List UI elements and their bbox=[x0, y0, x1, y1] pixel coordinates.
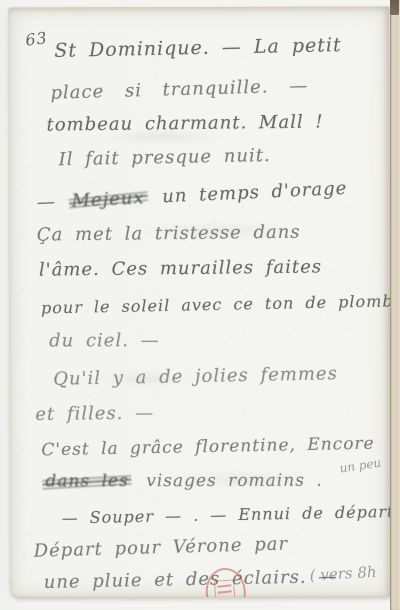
handwritten-line: tombeau charmant. Mall ! bbox=[46, 111, 323, 135]
scratched-out-word: Mejeux bbox=[71, 187, 145, 211]
handwritten-line: Qu'il y a de jolies femmes bbox=[53, 363, 338, 390]
handwritten-line: pour le soleil avec ce ton de plomb bbox=[41, 291, 391, 317]
manuscript-page: 63 St Dominique. — La petit place si tra… bbox=[8, 7, 391, 598]
handwritten-line: — Mejeux un temps d'orage bbox=[36, 178, 347, 213]
handwritten-line: Il fait presque nuit. bbox=[58, 145, 270, 170]
handwritten-line: Ça met la tristesse dans bbox=[37, 222, 301, 246]
dash: — bbox=[36, 191, 56, 213]
handwritten-line: dans les visages romains . bbox=[41, 471, 322, 492]
handwritten-line: St Dominique. — La petit bbox=[54, 34, 342, 62]
handwritten-line: C'est la grâce florentine, Encore bbox=[41, 434, 375, 461]
handwritten-line: l'âme. Ces murailles faites bbox=[39, 256, 322, 280]
line-text: un temps d'orage bbox=[162, 178, 348, 208]
handwritten-line: place si tranquille. — bbox=[50, 75, 308, 103]
handwritten-line: — Souper — . — Ennui de départ. — bbox=[61, 501, 390, 527]
handwritten-line: du ciel. — bbox=[49, 330, 160, 351]
binding-notch bbox=[390, 0, 399, 15]
manuscript-scan: 63 St Dominique. — La petit place si tra… bbox=[0, 0, 400, 610]
library-stamp-text bbox=[214, 579, 236, 597]
interline-note: un peu bbox=[339, 456, 382, 476]
line-text: visages romains . bbox=[146, 471, 323, 491]
marginal-note: ( vers 8h bbox=[309, 563, 377, 585]
page-fore-edge bbox=[390, 0, 400, 610]
handwritten-line: et filles. — bbox=[35, 403, 154, 425]
handwritten-line: Départ pour Vérone par bbox=[33, 533, 288, 561]
handwritten-line: une pluie et des éclairs. — bbox=[44, 566, 338, 593]
scratched-out-word: dans les bbox=[45, 471, 128, 491]
page-number: 63 bbox=[24, 28, 49, 50]
